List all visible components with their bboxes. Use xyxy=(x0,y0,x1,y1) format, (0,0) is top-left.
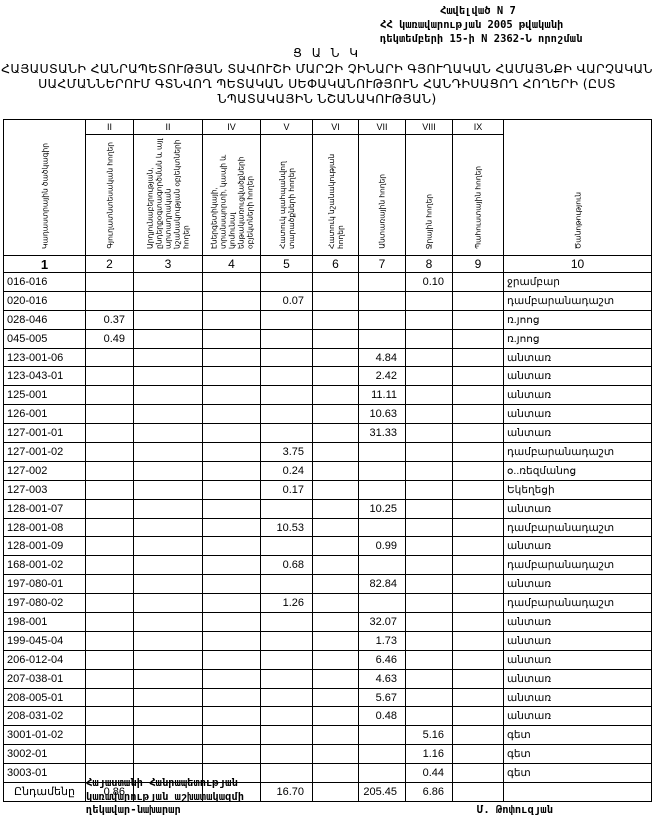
note-cell: անտառ xyxy=(504,650,652,669)
cell-c2 xyxy=(86,613,134,632)
cell-c6 xyxy=(313,518,359,537)
signatory-line-1: Հայաստանի Հանրապետության xyxy=(86,777,244,791)
index-2: 2 xyxy=(86,256,134,273)
cell-c6 xyxy=(313,613,359,632)
cell-c7 xyxy=(359,291,406,310)
table-row: 127-001-0131.33անտառ xyxy=(4,424,652,443)
cell-c4 xyxy=(203,348,261,367)
header-agricultural: Գյուղատնտեսական հողեր xyxy=(86,135,134,256)
total-cell-c8: 6.86 xyxy=(406,783,453,802)
cell-c2 xyxy=(86,499,134,518)
cell-c3 xyxy=(134,405,203,424)
cell-c5 xyxy=(261,631,313,650)
cell-c3 xyxy=(134,291,203,310)
table-row: 208-005-015.67անտառ xyxy=(4,688,652,707)
cell-c9 xyxy=(453,518,504,537)
cell-c6 xyxy=(313,291,359,310)
roman-6: VI xyxy=(313,120,359,135)
note-cell: ջրամբար xyxy=(504,273,652,292)
cell-c2 xyxy=(86,650,134,669)
cell-c7: 0.99 xyxy=(359,537,406,556)
header-special-purpose: Հատուկ նշանակության հողեր xyxy=(313,135,359,256)
header-forest: Անտառային հողեր xyxy=(359,135,406,256)
cell-c9 xyxy=(453,367,504,386)
cell-c8 xyxy=(406,424,453,443)
cell-c4 xyxy=(203,688,261,707)
cell-c8 xyxy=(406,650,453,669)
cell-c9 xyxy=(453,707,504,726)
cell-c2 xyxy=(86,631,134,650)
cell-c7: 10.25 xyxy=(359,499,406,518)
index-3: 3 xyxy=(134,256,203,273)
cell-c5 xyxy=(261,688,313,707)
cell-c9 xyxy=(453,764,504,783)
cell-c3 xyxy=(134,518,203,537)
cell-c6 xyxy=(313,726,359,745)
cell-c9 xyxy=(453,424,504,443)
cell-c2 xyxy=(86,726,134,745)
index-9: 9 xyxy=(453,256,504,273)
cell-c6 xyxy=(313,537,359,556)
header-cadastral-code: Կադաստրային ծածկագիր xyxy=(4,120,86,256)
signatory-title: Հայաստանի Հանրապետության կառավարության ա… xyxy=(86,777,244,818)
cell-c8 xyxy=(406,518,453,537)
cell-c6 xyxy=(313,386,359,405)
cell-c9 xyxy=(453,291,504,310)
cell-c7: 4.84 xyxy=(359,348,406,367)
cell-c9 xyxy=(453,745,504,764)
cell-c4 xyxy=(203,405,261,424)
cell-c9 xyxy=(453,461,504,480)
index-5: 5 xyxy=(261,256,313,273)
cell-c8 xyxy=(406,405,453,424)
cell-c8: 1.16 xyxy=(406,745,453,764)
table-row: 208-031-020.48անտառ xyxy=(4,707,652,726)
total-label: Ընդամենը xyxy=(4,783,86,802)
cadastral-code-cell: 020-016 xyxy=(4,291,86,310)
cell-c4 xyxy=(203,310,261,329)
cell-c5: 10.53 xyxy=(261,518,313,537)
cell-c8: 0.10 xyxy=(406,273,453,292)
total-cell-c5: 16.70 xyxy=(261,783,313,802)
note-cell: Եկեղեցի xyxy=(504,480,652,499)
cell-c7 xyxy=(359,594,406,613)
cell-c8 xyxy=(406,707,453,726)
cell-c4 xyxy=(203,745,261,764)
cadastral-code-cell: 207-038-01 xyxy=(4,669,86,688)
cell-c5 xyxy=(261,348,313,367)
cell-c3 xyxy=(134,386,203,405)
cell-c4 xyxy=(203,613,261,632)
cell-c6 xyxy=(313,461,359,480)
cell-c6 xyxy=(313,443,359,462)
cell-c8 xyxy=(406,329,453,348)
column-index-row: 1 2 3 4 5 6 7 8 9 10 xyxy=(4,256,652,273)
index-4: 4 xyxy=(203,256,261,273)
cell-c7: 4.63 xyxy=(359,669,406,688)
table-row: 123-001-064.84անտառ xyxy=(4,348,652,367)
note-cell: դամբարանադաշտ xyxy=(504,594,652,613)
cell-c9 xyxy=(453,310,504,329)
cadastral-code-cell: 197-080-01 xyxy=(4,575,86,594)
table-row: 197-080-021.26դամբարանադաշտ xyxy=(4,594,652,613)
cell-c8 xyxy=(406,556,453,575)
roman-7: VII xyxy=(359,120,406,135)
note-cell: դամբարանադաշտ xyxy=(504,518,652,537)
cell-c2: 0.49 xyxy=(86,329,134,348)
cell-c3 xyxy=(134,480,203,499)
cell-c2 xyxy=(86,424,134,443)
header-reserve: Պահուստային հողեր xyxy=(453,135,504,256)
cell-c3 xyxy=(134,443,203,462)
cell-c2 xyxy=(86,575,134,594)
cell-c7 xyxy=(359,518,406,537)
cell-c6 xyxy=(313,273,359,292)
cell-c9 xyxy=(453,669,504,688)
table-row: 123-043-012.42անտառ xyxy=(4,367,652,386)
cell-c4 xyxy=(203,575,261,594)
cadastral-code-cell: 127-002 xyxy=(4,461,86,480)
cadastral-code-cell: 127-001-02 xyxy=(4,443,86,462)
cadastral-code-cell: 208-005-01 xyxy=(4,688,86,707)
note-cell: անտառ xyxy=(504,669,652,688)
cell-c2 xyxy=(86,386,134,405)
note-cell: անտառ xyxy=(504,688,652,707)
table-row: 128-001-0810.53դամբարանադաշտ xyxy=(4,518,652,537)
cell-c9 xyxy=(453,443,504,462)
cell-c8 xyxy=(406,575,453,594)
cell-c8 xyxy=(406,613,453,632)
cell-c6 xyxy=(313,631,359,650)
cell-c5 xyxy=(261,273,313,292)
cell-c5 xyxy=(261,499,313,518)
cell-c5 xyxy=(261,367,313,386)
cell-c6 xyxy=(313,499,359,518)
cadastral-code-cell: 197-080-02 xyxy=(4,594,86,613)
table-row: 3002-011.16գետ xyxy=(4,745,652,764)
roman-2: II xyxy=(86,120,134,135)
cell-c5 xyxy=(261,650,313,669)
cadastral-code-cell: 128-001-07 xyxy=(4,499,86,518)
cell-c2 xyxy=(86,556,134,575)
cell-c5 xyxy=(261,669,313,688)
cell-c2 xyxy=(86,745,134,764)
cell-c8 xyxy=(406,291,453,310)
cell-c5 xyxy=(261,424,313,443)
note-cell: անտառ xyxy=(504,631,652,650)
cell-c2 xyxy=(86,291,134,310)
title-line-2: ՍԱՀՄԱՆՆԵՐՈՒՄ ԳՏՆՎՈՂ ՊԵՏԱԿԱՆ ՍԵՓԱԿԱՆՈՒԹՅՈ… xyxy=(0,76,654,91)
cadastral-code-cell: 127-003 xyxy=(4,480,86,499)
cell-c5 xyxy=(261,707,313,726)
table-row: 020-0160.07դամբարանադաշտ xyxy=(4,291,652,310)
document-title: Ց Ա Ն Կ ՀԱՅԱՍՏԱՆԻ ՀԱՆՐԱՊԵՏՈՒԹՅԱՆ ՏԱՎՈՒՇԻ… xyxy=(0,46,654,106)
cell-c7: 2.42 xyxy=(359,367,406,386)
total-cell-c9 xyxy=(453,783,504,802)
cell-c7: 0.48 xyxy=(359,707,406,726)
index-8: 8 xyxy=(406,256,453,273)
cell-c9 xyxy=(453,650,504,669)
cell-c2: 0.37 xyxy=(86,310,134,329)
header-note: Ծանոթություն xyxy=(504,120,652,256)
cell-c4 xyxy=(203,424,261,443)
signatory-line-3: ղեկավար-նախարար xyxy=(86,804,244,818)
cell-c4 xyxy=(203,480,261,499)
cell-c9 xyxy=(453,348,504,367)
table-row: 128-001-0710.25անտառ xyxy=(4,499,652,518)
cell-c7: 11.11 xyxy=(359,386,406,405)
cadastral-code-cell: 123-043-01 xyxy=(4,367,86,386)
cell-c9 xyxy=(453,594,504,613)
cell-c3 xyxy=(134,613,203,632)
cell-c9 xyxy=(453,386,504,405)
cell-c9 xyxy=(453,499,504,518)
note-cell: ռ.յոոց xyxy=(504,310,652,329)
cell-c6 xyxy=(313,707,359,726)
cell-c7 xyxy=(359,726,406,745)
title-line-3: ՆՊԱՏԱԿԱՅԻՆ ՆՇԱՆԱԿՈՒԹՅԱՆ) xyxy=(0,91,654,106)
cell-c3 xyxy=(134,575,203,594)
cell-c6 xyxy=(313,669,359,688)
cadastral-code-cell: 045-005 xyxy=(4,329,86,348)
table-row: 199-045-041.73անտառ xyxy=(4,631,652,650)
cell-c7 xyxy=(359,745,406,764)
land-table: Կադաստրային ծածկագիր II II IV V VI VII V… xyxy=(3,119,652,802)
note-cell: դամբարանադաշտ xyxy=(504,443,652,462)
cell-c7 xyxy=(359,310,406,329)
cadastral-code-cell: 128-001-09 xyxy=(4,537,86,556)
table-row: 016-0160.10ջրամբար xyxy=(4,273,652,292)
cell-c3 xyxy=(134,537,203,556)
title-line-1: ՀԱՅԱՍՏԱՆԻ ՀԱՆՐԱՊԵՏՈՒԹՅԱՆ ՏԱՎՈՒՇԻ ՄԱՐԶԻ Չ… xyxy=(0,61,654,76)
table-row: 127-0020.24օ..ռեզմանոց xyxy=(4,461,652,480)
header-water: Ջրային հողեր xyxy=(406,135,453,256)
cell-c5 xyxy=(261,764,313,783)
cell-c7: 1.73 xyxy=(359,631,406,650)
table-row: 168-001-020.68դամբարանադաշտ xyxy=(4,556,652,575)
cell-c3 xyxy=(134,329,203,348)
cell-c3 xyxy=(134,707,203,726)
note-cell: դամբարանադաշտ xyxy=(504,291,652,310)
cell-c4 xyxy=(203,273,261,292)
cell-c8 xyxy=(406,443,453,462)
cell-c3 xyxy=(134,650,203,669)
index-1: 1 xyxy=(4,256,86,273)
header-energy-transport: Էներգետիկայի, տրանսպորտի, կապի և կոմունա… xyxy=(203,135,261,256)
cell-c6 xyxy=(313,367,359,386)
note-cell: գետ xyxy=(504,726,652,745)
cell-c5 xyxy=(261,575,313,594)
cell-c3 xyxy=(134,726,203,745)
cell-c6 xyxy=(313,688,359,707)
cell-c5 xyxy=(261,405,313,424)
cell-c3 xyxy=(134,669,203,688)
cell-c5 xyxy=(261,537,313,556)
cell-c8 xyxy=(406,348,453,367)
cell-c5 xyxy=(261,310,313,329)
cell-c3 xyxy=(134,424,203,443)
index-7: 7 xyxy=(359,256,406,273)
table-row: 127-0030.17Եկեղեցի xyxy=(4,480,652,499)
table-row: 128-001-090.99անտառ xyxy=(4,537,652,556)
roman-header-row: Կադաստրային ծածկագիր II II IV V VI VII V… xyxy=(4,120,652,135)
cell-c4 xyxy=(203,650,261,669)
note-cell: անտառ xyxy=(504,537,652,556)
cell-c4 xyxy=(203,499,261,518)
cell-c4 xyxy=(203,707,261,726)
cell-c8 xyxy=(406,499,453,518)
note-cell: անտառ xyxy=(504,499,652,518)
cell-c3 xyxy=(134,273,203,292)
note-cell: անտառ xyxy=(504,405,652,424)
cell-c4 xyxy=(203,726,261,745)
annex-decision-line: ՀՀ կառավարության 2005 թվականի xyxy=(380,18,650,32)
cell-c4 xyxy=(203,631,261,650)
cell-c7 xyxy=(359,461,406,480)
cell-c8 xyxy=(406,367,453,386)
cadastral-code-cell: 206-012-04 xyxy=(4,650,86,669)
cell-c5: 0.24 xyxy=(261,461,313,480)
cell-c7 xyxy=(359,329,406,348)
roman-4: IV xyxy=(203,120,261,135)
cell-c9 xyxy=(453,480,504,499)
cell-c3 xyxy=(134,556,203,575)
cadastral-code-cell: 125-001 xyxy=(4,386,86,405)
cell-c4 xyxy=(203,386,261,405)
cell-c6 xyxy=(313,480,359,499)
cell-c5 xyxy=(261,613,313,632)
cell-c8 xyxy=(406,386,453,405)
cadastral-code-cell: 3001-01-02 xyxy=(4,726,86,745)
cell-c8: 0.44 xyxy=(406,764,453,783)
cell-c7 xyxy=(359,556,406,575)
cadastral-code-cell: 198-001 xyxy=(4,613,86,632)
cadastral-code-cell: 127-001-01 xyxy=(4,424,86,443)
cell-c5 xyxy=(261,745,313,764)
cadastral-code-cell: 128-001-08 xyxy=(4,518,86,537)
cell-c4 xyxy=(203,518,261,537)
cell-c7: 82.84 xyxy=(359,575,406,594)
cell-c7: 10.63 xyxy=(359,405,406,424)
cell-c2 xyxy=(86,405,134,424)
cell-c6 xyxy=(313,575,359,594)
note-cell: անտառ xyxy=(504,367,652,386)
index-10: 10 xyxy=(504,256,652,273)
cell-c9 xyxy=(453,688,504,707)
cell-c2 xyxy=(86,348,134,367)
cell-c8: 5.16 xyxy=(406,726,453,745)
cell-c5 xyxy=(261,726,313,745)
cell-c9 xyxy=(453,631,504,650)
cell-c6 xyxy=(313,594,359,613)
cell-c8 xyxy=(406,537,453,556)
note-cell: ռ.յոոց xyxy=(504,329,652,348)
cell-c6 xyxy=(313,310,359,329)
cell-c5: 3.75 xyxy=(261,443,313,462)
cell-c4 xyxy=(203,291,261,310)
cell-c2 xyxy=(86,707,134,726)
annex-number: Հավելված N 7 xyxy=(380,4,650,18)
cell-c3 xyxy=(134,348,203,367)
cell-c3 xyxy=(134,499,203,518)
cadastral-code-cell: 199-045-04 xyxy=(4,631,86,650)
cell-c8 xyxy=(406,669,453,688)
cell-c4 xyxy=(203,367,261,386)
note-cell: անտառ xyxy=(504,424,652,443)
note-cell: գետ xyxy=(504,764,652,783)
note-cell: անտառ xyxy=(504,707,652,726)
cell-c6 xyxy=(313,745,359,764)
cell-c9 xyxy=(453,329,504,348)
cadastral-code-cell: 3003-01 xyxy=(4,764,86,783)
table-row: 045-0050.49ռ.յոոց xyxy=(4,329,652,348)
cell-c9 xyxy=(453,405,504,424)
cell-c5: 0.68 xyxy=(261,556,313,575)
cell-c5 xyxy=(261,329,313,348)
cell-c8 xyxy=(406,594,453,613)
cell-c7 xyxy=(359,480,406,499)
cell-c7 xyxy=(359,273,406,292)
cell-c4 xyxy=(203,461,261,480)
cell-c6 xyxy=(313,424,359,443)
table-row: 028-0460.37ռ.յոոց xyxy=(4,310,652,329)
roman-3: II xyxy=(134,120,203,135)
cell-c3 xyxy=(134,688,203,707)
roman-8: VIII xyxy=(406,120,453,135)
table-row: 197-080-0182.84անտառ xyxy=(4,575,652,594)
table-row: 126-00110.63անտառ xyxy=(4,405,652,424)
table-row: 207-038-014.63անտառ xyxy=(4,669,652,688)
roman-9: IX xyxy=(453,120,504,135)
cell-c4 xyxy=(203,537,261,556)
cell-c7: 32.07 xyxy=(359,613,406,632)
cell-c3 xyxy=(134,594,203,613)
cell-c9 xyxy=(453,537,504,556)
signatory-name: Մ. Թոփուզյան xyxy=(477,804,553,816)
cell-c9 xyxy=(453,726,504,745)
cell-c4 xyxy=(203,556,261,575)
cadastral-code-cell: 123-001-06 xyxy=(4,348,86,367)
cell-c2 xyxy=(86,518,134,537)
cell-c5: 0.07 xyxy=(261,291,313,310)
table-row: 125-00111.11անտառ xyxy=(4,386,652,405)
cell-c4 xyxy=(203,594,261,613)
title-list: Ց Ա Ն Կ xyxy=(0,46,654,61)
cadastral-code-cell: 016-016 xyxy=(4,273,86,292)
cadastral-code-cell: 208-031-02 xyxy=(4,707,86,726)
cell-c5: 0.17 xyxy=(261,480,313,499)
header-industrial: Արդյունաբերության, ընդերքօգտագործման և ա… xyxy=(134,135,203,256)
note-cell: անտառ xyxy=(504,348,652,367)
table-row: 3001-01-025.16գետ xyxy=(4,726,652,745)
cell-c2 xyxy=(86,443,134,462)
cell-c2 xyxy=(86,688,134,707)
signatory-line-2: կառավարության աշխատակազմի xyxy=(86,791,244,805)
cell-c2 xyxy=(86,273,134,292)
cell-c6 xyxy=(313,650,359,669)
cell-c7: 6.46 xyxy=(359,650,406,669)
note-cell: օ..ռեզմանոց xyxy=(504,461,652,480)
cell-c8 xyxy=(406,631,453,650)
cell-c4 xyxy=(203,669,261,688)
cell-c4 xyxy=(203,329,261,348)
cell-c6 xyxy=(313,764,359,783)
cell-c6 xyxy=(313,556,359,575)
index-6: 6 xyxy=(313,256,359,273)
cadastral-code-cell: 028-046 xyxy=(4,310,86,329)
cadastral-code-cell: 3002-01 xyxy=(4,745,86,764)
total-cell-c6 xyxy=(313,783,359,802)
